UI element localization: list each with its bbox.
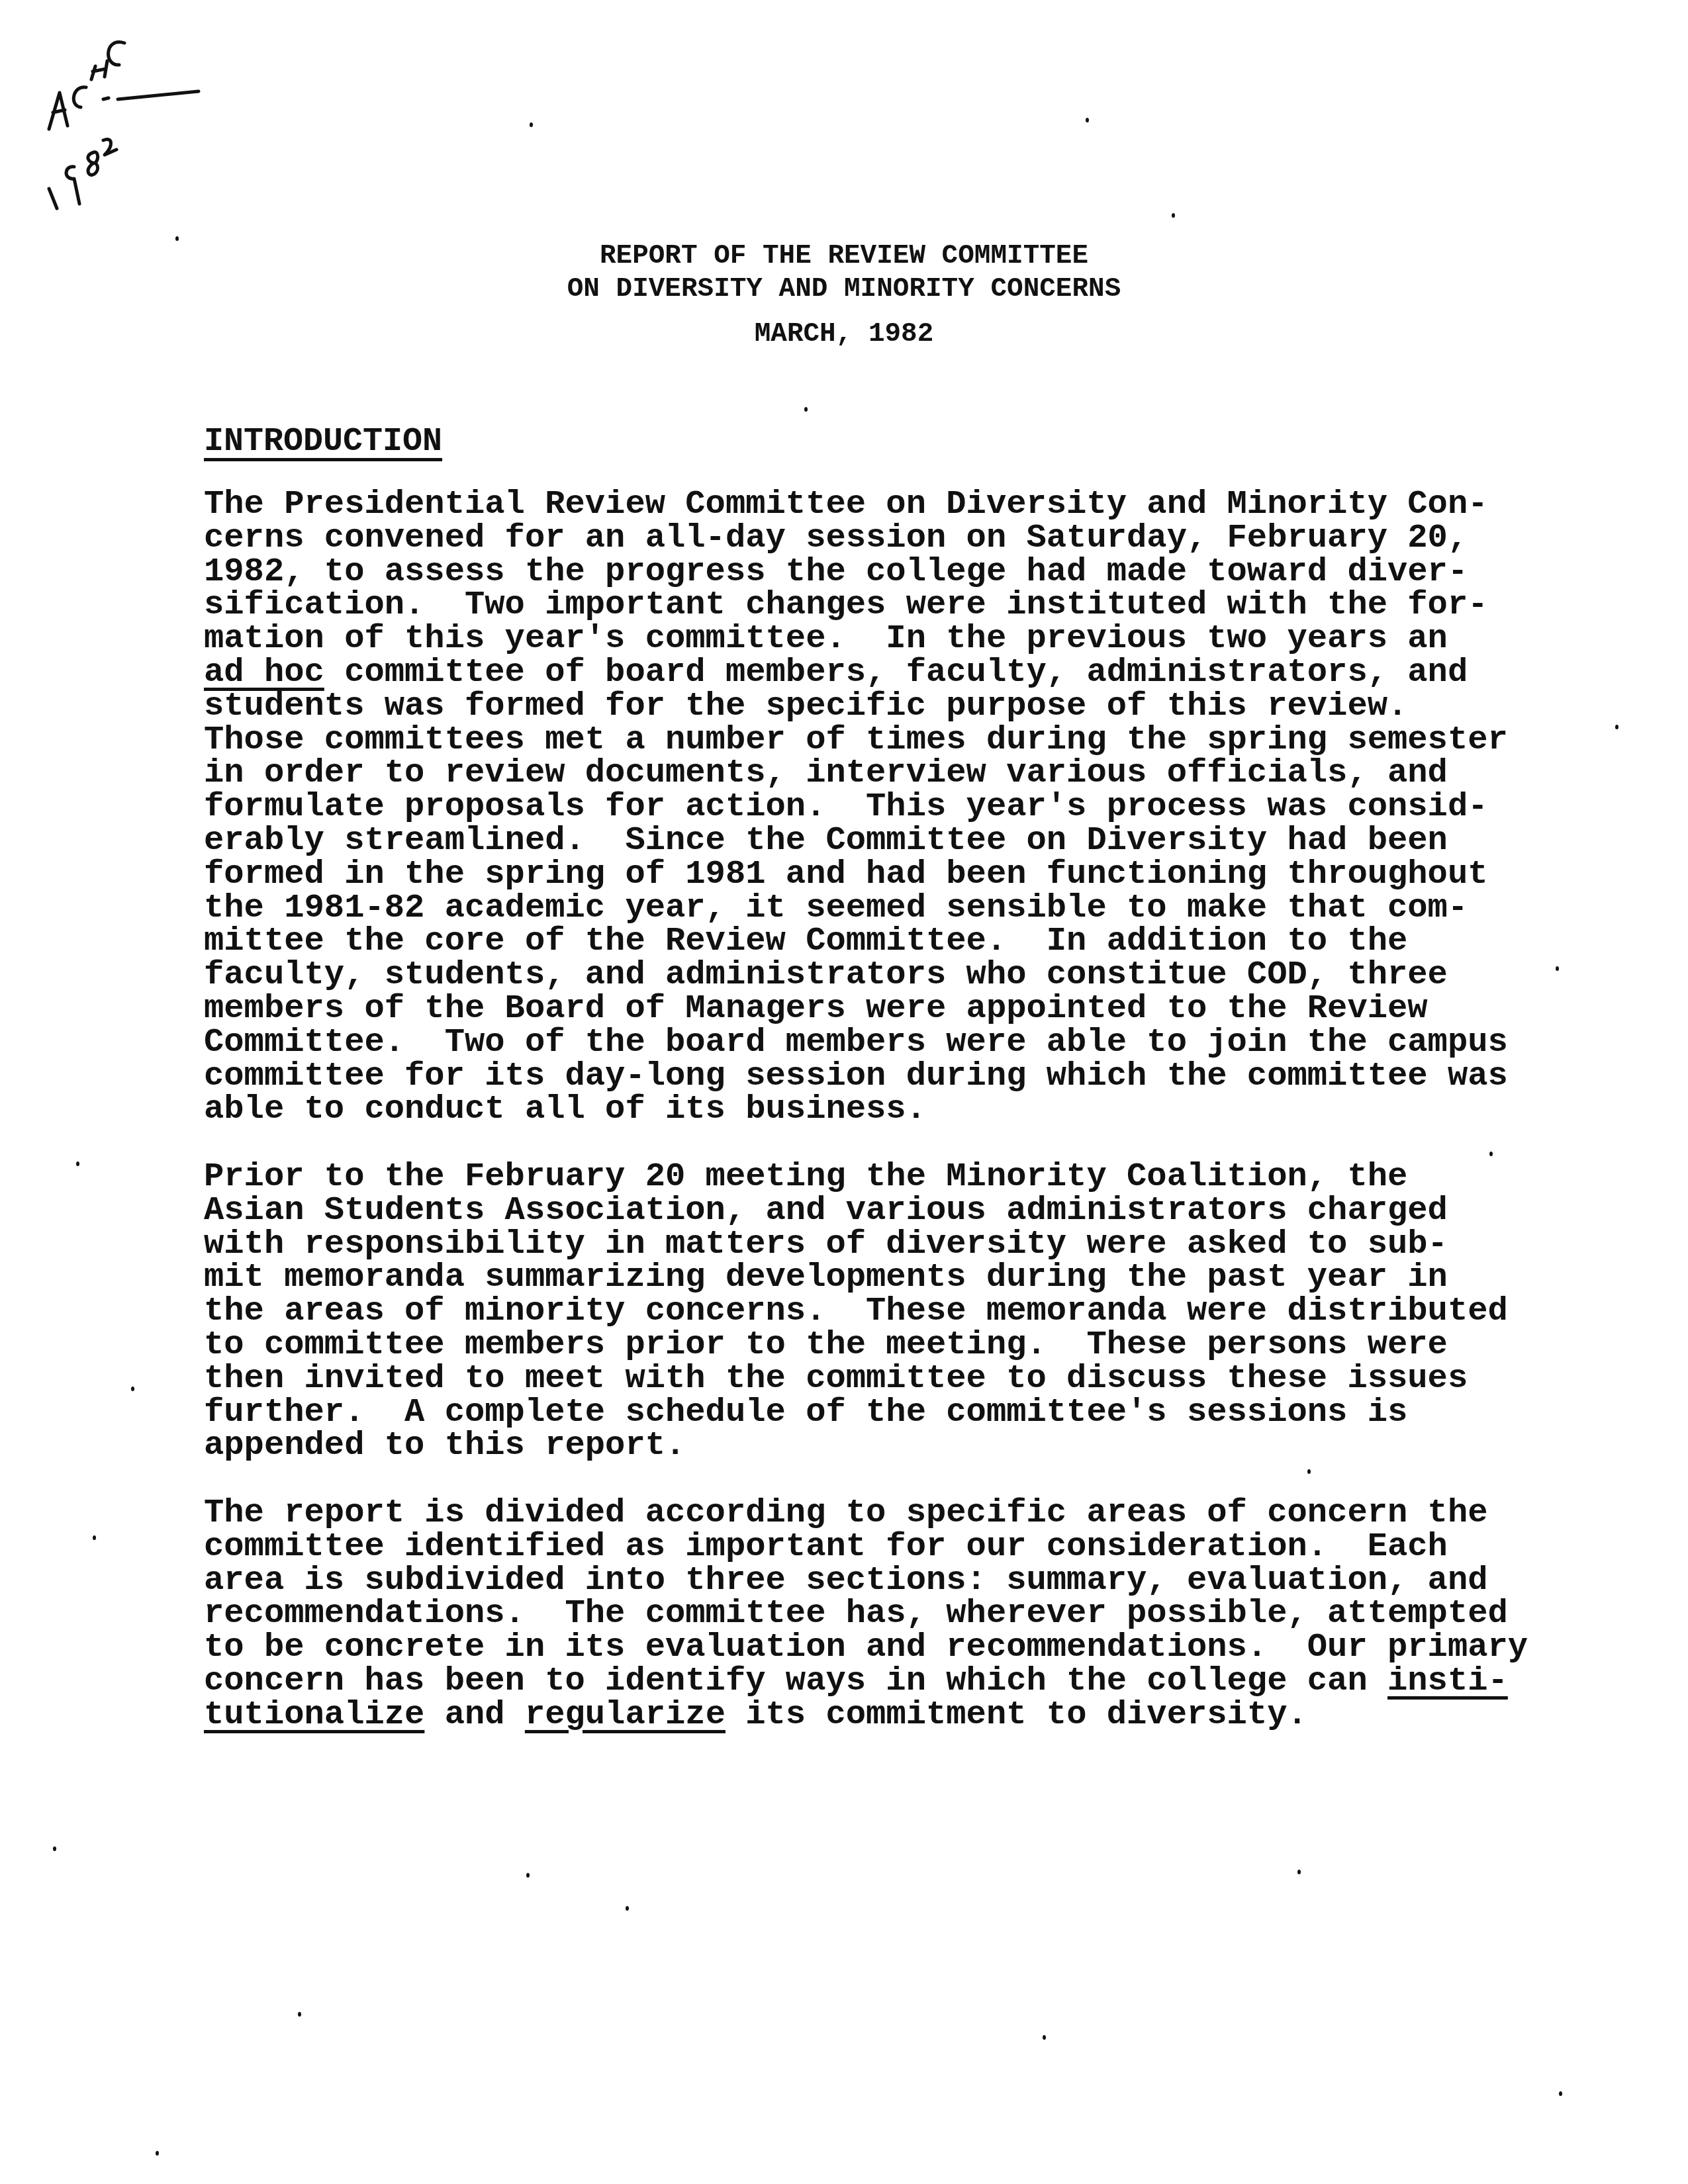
text-run: formulate proposals for action. This yea… [204, 788, 1488, 826]
scan-speck [156, 2151, 159, 2156]
handwriting-icon [20, 13, 232, 212]
underlined-text: insti- [1387, 1662, 1508, 1700]
text-run: with responsibility in matters of divers… [204, 1226, 1448, 1263]
text-line: Those committees met a number of times d… [204, 724, 1594, 758]
text-line: with responsibility in matters of divers… [204, 1228, 1594, 1262]
paragraph-2: Prior to the February 20 meeting the Min… [204, 1161, 1594, 1463]
text-line: formed in the spring of 1981 and had bee… [204, 858, 1594, 892]
text-run: 1982, to assess the progress the college… [204, 553, 1468, 591]
text-line: The report is divided according to speci… [204, 1497, 1594, 1531]
text-run: recommendations. The committee has, wher… [204, 1595, 1508, 1633]
text-line: in order to review documents, interview … [204, 757, 1594, 791]
scan-speck [804, 407, 808, 412]
scan-speck [1307, 1469, 1311, 1474]
scan-speck [1043, 2035, 1046, 2040]
text-run: students was formed for the specific pur… [204, 688, 1407, 725]
text-line: appended to this report. [204, 1430, 1594, 1463]
text-run: members of the Board of Managers were ap… [204, 990, 1428, 1028]
text-run: to be concrete in its evaluation and rec… [204, 1629, 1528, 1666]
scan-speck [1559, 2091, 1562, 2096]
text-line: Prior to the February 20 meeting the Min… [204, 1161, 1594, 1195]
scan-speck [626, 1906, 629, 1911]
text-line: concern has been to identify ways in whi… [204, 1665, 1594, 1699]
text-run: The Presidential Review Committee on Div… [204, 486, 1488, 523]
text-line: ad hoc committee of board members, facul… [204, 657, 1594, 690]
text-line: faculty, students, and administrators wh… [204, 959, 1594, 993]
text-line: mit memoranda summarizing developments d… [204, 1261, 1594, 1295]
text-run: its commitment to diversity. [726, 1696, 1307, 1734]
text-line: students was formed for the specific pur… [204, 690, 1594, 724]
text-run: Asian Students Association, and various … [204, 1192, 1448, 1230]
text-line: erably streamlined. Since the Committee … [204, 825, 1594, 858]
text-line: sification. Two important changes were i… [204, 589, 1594, 623]
scan-speck [1615, 725, 1618, 729]
document-page: REPORT OF THE REVIEW COMMITTEE ON DIVERS… [0, 0, 1688, 2184]
text-run: in order to review documents, interview … [204, 754, 1448, 792]
title-line-2: ON DIVERSITY AND MINORITY CONCERNS [0, 273, 1688, 306]
text-line: Committee. Two of the board members were… [204, 1026, 1594, 1060]
text-line: committee for its day-long session durin… [204, 1060, 1594, 1094]
text-run: area is subdivided into three sections: … [204, 1562, 1488, 1600]
text-line: further. A complete schedule of the comm… [204, 1396, 1594, 1430]
text-run: committee for its day-long session durin… [204, 1058, 1508, 1095]
text-run: sification. Two important changes were i… [204, 586, 1488, 624]
scan-speck [76, 1161, 79, 1166]
underlined-text: tutionalize [204, 1696, 424, 1734]
scan-speck [93, 1535, 96, 1540]
text-run: the 1981-82 academic year, it seemed sen… [204, 889, 1468, 927]
text-run: mation of this year's committee. In the … [204, 620, 1448, 658]
text-run: committee of board members, faculty, adm… [324, 654, 1468, 692]
scan-speck [298, 2012, 301, 2017]
handwritten-annotation [20, 13, 232, 212]
text-run: committee identified as important for ou… [204, 1528, 1448, 1566]
text-line: tutionalize and regularize its commitmen… [204, 1699, 1594, 1733]
scan-speck [1086, 118, 1089, 122]
text-run: concern has been to identify ways in whi… [204, 1662, 1387, 1700]
text-run: to committee members prior to the meetin… [204, 1326, 1448, 1364]
text-run: the areas of minority concerns. These me… [204, 1293, 1508, 1330]
scan-speck [131, 1387, 134, 1391]
text-run: then invited to meet with the committee … [204, 1360, 1468, 1398]
text-run: The report is divided according to speci… [204, 1494, 1488, 1532]
scan-speck [53, 1846, 56, 1851]
scan-speck [526, 1873, 530, 1878]
paragraph-3: The report is divided according to speci… [204, 1497, 1594, 1733]
text-run: erably streamlined. Since the Committee … [204, 822, 1448, 860]
text-line: to committee members prior to the meetin… [204, 1329, 1594, 1363]
text-line: members of the Board of Managers were ap… [204, 993, 1594, 1026]
scan-speck [1297, 1870, 1301, 1874]
underlined-text: ad hoc [204, 654, 324, 692]
section-heading: INTRODUCTION [204, 424, 442, 461]
text-line: mation of this year's committee. In the … [204, 623, 1594, 657]
text-line: area is subdivided into three sections: … [204, 1565, 1594, 1598]
text-line: formulate proposals for action. This yea… [204, 791, 1594, 825]
text-run: mit memoranda summarizing developments d… [204, 1259, 1448, 1297]
text-line: able to conduct all of its business. [204, 1093, 1594, 1127]
text-run: and [424, 1696, 525, 1734]
report-title: REPORT OF THE REVIEW COMMITTEE ON DIVERS… [0, 240, 1688, 351]
text-run: appended to this report. [204, 1427, 685, 1465]
report-date: MARCH, 1982 [0, 318, 1688, 351]
text-line: cerns convened for an all-day session on… [204, 522, 1594, 556]
text-line: The Presidential Review Committee on Div… [204, 488, 1594, 522]
scan-speck [175, 236, 179, 241]
body-text: The Presidential Review Committee on Div… [204, 488, 1594, 1766]
text-run: Prior to the February 20 meeting the Min… [204, 1158, 1407, 1196]
text-run: mittee the core of the Review Committee.… [204, 923, 1407, 960]
scan-speck [1489, 1152, 1493, 1156]
scan-speck [530, 122, 533, 127]
paragraph-1: The Presidential Review Committee on Div… [204, 488, 1594, 1127]
text-run: able to conduct all of its business. [204, 1091, 926, 1128]
text-run: formed in the spring of 1981 and had bee… [204, 856, 1488, 893]
text-run: Committee. Two of the board members were… [204, 1024, 1508, 1062]
text-line: the areas of minority concerns. These me… [204, 1295, 1594, 1329]
text-run: faculty, students, and administrators wh… [204, 956, 1448, 994]
title-line-1: REPORT OF THE REVIEW COMMITTEE [0, 240, 1688, 273]
text-line: 1982, to assess the progress the college… [204, 556, 1594, 590]
text-run: Those committees met a number of times d… [204, 721, 1508, 759]
text-line: committee identified as important for ou… [204, 1531, 1594, 1565]
scan-speck [1556, 966, 1559, 971]
text-run: cerns convened for an all-day session on… [204, 520, 1468, 557]
text-line: mittee the core of the Review Committee.… [204, 925, 1594, 959]
underlined-text: regularize [525, 1696, 726, 1734]
scan-speck [1172, 213, 1175, 218]
text-line: Asian Students Association, and various … [204, 1195, 1594, 1228]
text-line: then invited to meet with the committee … [204, 1363, 1594, 1396]
text-line: the 1981-82 academic year, it seemed sen… [204, 892, 1594, 926]
text-line: to be concrete in its evaluation and rec… [204, 1631, 1594, 1665]
text-run: further. A complete schedule of the comm… [204, 1394, 1407, 1432]
text-line: recommendations. The committee has, wher… [204, 1598, 1594, 1631]
